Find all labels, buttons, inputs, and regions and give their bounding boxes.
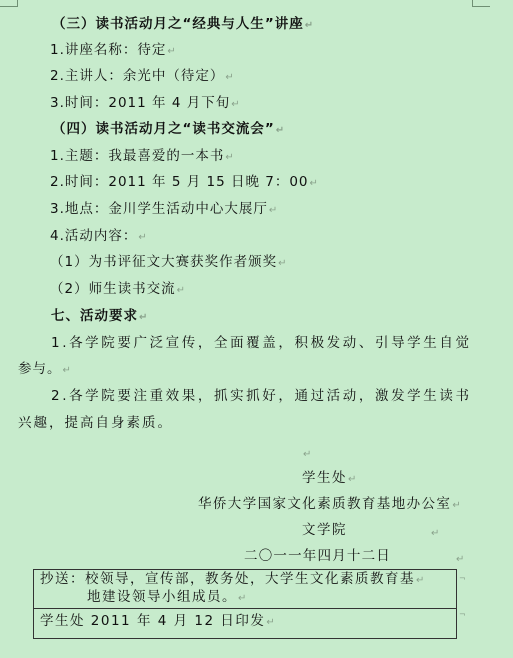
paragraph-mark-icon: ↵: [238, 593, 248, 604]
paragraph-mark-icon: ↵: [225, 152, 234, 163]
paragraph-mark-icon: ↵: [431, 528, 440, 539]
end-of-row-mark-icon: ¬: [459, 574, 466, 583]
paragraph-mark-icon: ↵: [348, 474, 358, 485]
section4-heading: （四）读书活动月之“读书交流会”: [52, 121, 275, 137]
paragraph-mark-icon: ↵: [276, 125, 285, 136]
section-heading: （四）读书活动月之“读书交流会”↵: [52, 120, 285, 140]
list-item: 4.活动内容：↵: [50, 227, 148, 247]
paragraph-line: 参与。↵: [18, 360, 72, 380]
item-text: 3.地点：金川学生活动中心大展厅: [50, 201, 268, 217]
item-text: （2）师生读书交流: [50, 281, 176, 297]
section-heading: 七、活动要求↵: [51, 307, 148, 327]
issued-text: 学生处 2011 年 4 月 12 日印发: [40, 613, 265, 629]
list-subitem: （2）师生读书交流↵: [50, 280, 186, 300]
paragraph-text: 1.各学院要广泛宣传，全面覆盖，积极发动、引导学生自觉: [51, 335, 472, 351]
item-text: 1.主题：我最喜爱的一本书: [50, 148, 224, 164]
item-text: （1）为书评征文大赛获奖作者颁奖: [50, 254, 277, 270]
paragraph-mark-icon: ↵: [269, 205, 278, 216]
paragraph-mark-icon: ↵: [225, 72, 234, 83]
table-row: 学生处 2011 年 4 月 12 日印发↵: [34, 609, 457, 639]
paragraph-mark: ↵: [455, 549, 465, 569]
empty-paragraph: ↵: [302, 444, 312, 464]
cc-cell: 抄送：校领导，宣传部，教务处，大学生文化素质教育基↵ 地建设领导小组成员。↵: [34, 570, 457, 609]
signature-org: 文学院: [302, 521, 347, 539]
paragraph-mark-icon: ↵: [167, 46, 176, 57]
list-item: 2.主讲人：余光中（待定）↵: [50, 67, 235, 87]
margin-corner-mark: [0, 0, 18, 7]
paragraph-mark-icon: ↵: [138, 232, 147, 243]
paragraph-mark: ↵: [430, 523, 440, 543]
cc-continuation: 地建设领导小组成员。↵: [40, 589, 450, 607]
paragraph-mark-icon: ↵: [266, 617, 276, 628]
paragraph-text: 参与。: [18, 361, 62, 377]
paragraph-mark-icon: ↵: [456, 554, 465, 565]
signature-org: 华侨大学国家文化素质教育基地办公室↵: [198, 495, 462, 515]
paragraph-mark-icon: ↵: [278, 258, 287, 269]
item-text: 2.时间：2011 年 5 月 15 日晚 7：00: [50, 174, 309, 190]
issued-cell: 学生处 2011 年 4 月 12 日印发↵: [34, 609, 457, 639]
list-subitem: （1）为书评征文大赛获奖作者颁奖↵: [50, 253, 287, 273]
section7-heading: 七、活动要求: [51, 308, 138, 324]
paragraph-line: 2.各学院要注重效果，抓实抓好，通过活动，激发学生读书: [51, 387, 472, 405]
paragraph-mark-icon: ↵: [452, 500, 462, 511]
list-item: 3.地点：金川学生活动中心大展厅↵: [50, 200, 278, 220]
paragraph-mark-icon: ↵: [416, 575, 426, 586]
list-item: 1.讲座名称：待定↵: [50, 41, 177, 61]
paragraph-mark-icon: ↵: [310, 178, 319, 189]
table-row: 抄送：校领导，宣传部，教务处，大学生文化素质教育基↵ 地建设领导小组成员。↵: [34, 570, 457, 609]
date-text: 二〇一一年四月十二日: [244, 548, 391, 564]
paragraph-mark-icon: ↵: [305, 20, 314, 31]
end-of-row-mark-icon: ¬: [459, 610, 466, 619]
paragraph-line: 兴趣，提高自身素质。: [18, 414, 173, 432]
cc-text: 地建设领导小组成员。: [87, 589, 237, 605]
margin-corner-mark: [472, 0, 490, 7]
section-heading: （三）读书活动月之“经典与人生”讲座↵: [52, 15, 314, 35]
list-item: 3.时间：2011 年 4 月下旬↵: [50, 94, 241, 114]
item-text: 3.时间：2011 年 4 月下旬: [50, 95, 230, 111]
paragraph-mark-icon: ↵: [63, 365, 72, 376]
paragraph-mark-icon: ↵: [177, 285, 186, 296]
list-item: 2.时间：2011 年 5 月 15 日晚 7：00↵: [50, 173, 319, 193]
paragraph-mark-icon: ↵: [231, 99, 240, 110]
paragraph-text: 2.各学院要注重效果，抓实抓好，通过活动，激发学生读书: [51, 388, 472, 404]
paragraph-line: 1.各学院要广泛宣传，全面覆盖，积极发动、引导学生自觉: [51, 334, 472, 352]
org-name: 文学院: [302, 522, 347, 538]
org-name: 学生处: [302, 470, 347, 486]
org-name: 华侨大学国家文化素质教育基地办公室: [198, 496, 451, 512]
cc-text: 抄送：校领导，宣传部，教务处，大学生文化素质教育基: [40, 571, 415, 587]
cc-table: 抄送：校领导，宣传部，教务处，大学生文化素质教育基↵ 地建设领导小组成员。↵ 学…: [33, 569, 457, 639]
section3-heading: （三）读书活动月之“经典与人生”讲座: [52, 16, 304, 32]
list-item: 1.主题：我最喜爱的一本书↵: [50, 147, 235, 167]
paragraph-text: 兴趣，提高自身素质。: [18, 415, 173, 431]
item-text: 4.活动内容：: [50, 228, 137, 244]
signature-org: 学生处↵: [302, 469, 358, 489]
paragraph-mark-icon: ↵: [139, 312, 148, 323]
item-text: 1.讲座名称：待定: [50, 42, 166, 58]
item-text: 2.主讲人：余光中（待定）: [50, 68, 224, 84]
paragraph-mark-icon: ↵: [303, 449, 312, 460]
signature-date: 二〇一一年四月十二日: [244, 547, 391, 565]
